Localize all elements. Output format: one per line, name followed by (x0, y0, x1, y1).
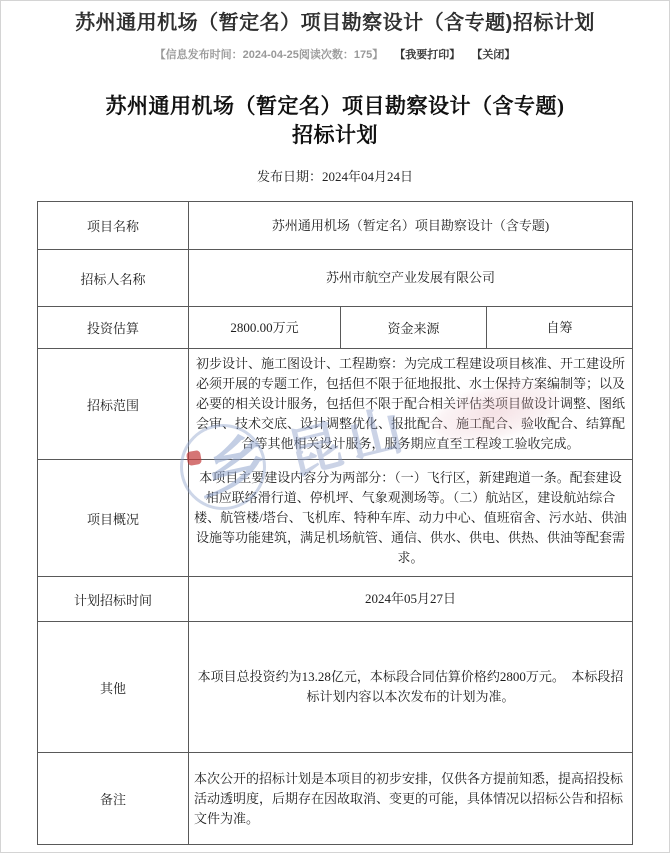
value-funding-source: 自筹 (486, 307, 632, 349)
value-other: 本项目总投资约为13.28亿元，本标段合同估算价格约2800万元。 本标段招标计… (188, 622, 632, 753)
table-row-remarks: 备注 本次公开的招标计划是本项目的初步安排，仅供各方提前知悉，提高招投标活动透明… (37, 753, 632, 845)
table-row-other: 其他 本项目总投资约为13.28亿元，本标段合同估算价格约2800万元。 本标段… (37, 622, 632, 753)
table-row-bidding-scope: 招标范围 初步设计、施工图设计、工程勘察：为完成工程建设项目核准、开工建设所必须… (37, 349, 632, 460)
close-button[interactable]: 【关闭】 (471, 49, 515, 61)
value-project-overview: 本项目主要建设内容分为两部分：（一）飞行区，新建跑道一条。配套建设相应联络滑行道… (188, 460, 632, 577)
table-row-investment: 投资估算 2800.00万元 资金来源 自筹 (37, 307, 632, 349)
value-bidding-scope: 初步设计、施工图设计、工程勘察：为完成工程建设项目核准、开工建设所必须开展的专题… (188, 349, 632, 460)
page-title: 苏州通用机场（暂定名）项目勘察设计（含专题)招标计划 (1, 6, 669, 35)
print-button[interactable]: 【我要打印】 (394, 49, 460, 61)
page: 苏州通用机场（暂定名）项目勘察设计（含专题)招标计划 【信息发布时间：2024-… (0, 0, 670, 853)
table-row-project-name: 项目名称 苏州通用机场（暂定名）项目勘察设计（含专题) (37, 202, 632, 250)
label-remarks: 备注 (37, 753, 188, 845)
label-planned-bidding-time: 计划招标时间 (37, 577, 188, 622)
value-tenderer-name: 苏州市航空产业发展有限公司 (188, 250, 632, 307)
article-heading: 苏州通用机场（暂定名）项目勘察设计（含专题)招标计划 (95, 92, 575, 150)
label-tenderer-name: 招标人名称 (37, 250, 188, 307)
value-planned-bidding-time: 2024年05月27日 (188, 577, 632, 622)
publish-meta-info: 【信息发布时间：2024-04-25阅读次数：175】 (155, 49, 384, 61)
label-investment-estimate: 投资估算 (37, 307, 188, 349)
value-project-name: 苏州通用机场（暂定名）项目勘察设计（含专题) (188, 202, 632, 250)
label-project-overview: 项目概况 (37, 460, 188, 577)
publish-date: 发布日期：2024年04月24日 (1, 166, 669, 185)
label-other: 其他 (37, 622, 188, 753)
meta-line: 【信息发布时间：2024-04-25阅读次数：175】 【我要打印】 【关闭】 (1, 46, 669, 62)
value-remarks: 本次公开的招标计划是本项目的初步安排，仅供各方提前知悉，提高招投标活动透明度，后… (188, 753, 632, 845)
table-row-planned-bidding-time: 计划招标时间 2024年05月27日 (37, 577, 632, 622)
label-project-name: 项目名称 (37, 202, 188, 250)
table-row-project-overview: 项目概况 本项目主要建设内容分为两部分：（一）飞行区，新建跑道一条。配套建设相应… (37, 460, 632, 577)
tender-plan-table: 项目名称 苏州通用机场（暂定名）项目勘察设计（含专题) 招标人名称 苏州市航空产… (37, 201, 633, 845)
value-investment-estimate: 2800.00万元 (188, 307, 340, 349)
label-funding-source: 资金来源 (340, 307, 486, 349)
table-row-tenderer: 招标人名称 苏州市航空产业发展有限公司 (37, 250, 632, 307)
label-bidding-scope: 招标范围 (37, 349, 188, 460)
